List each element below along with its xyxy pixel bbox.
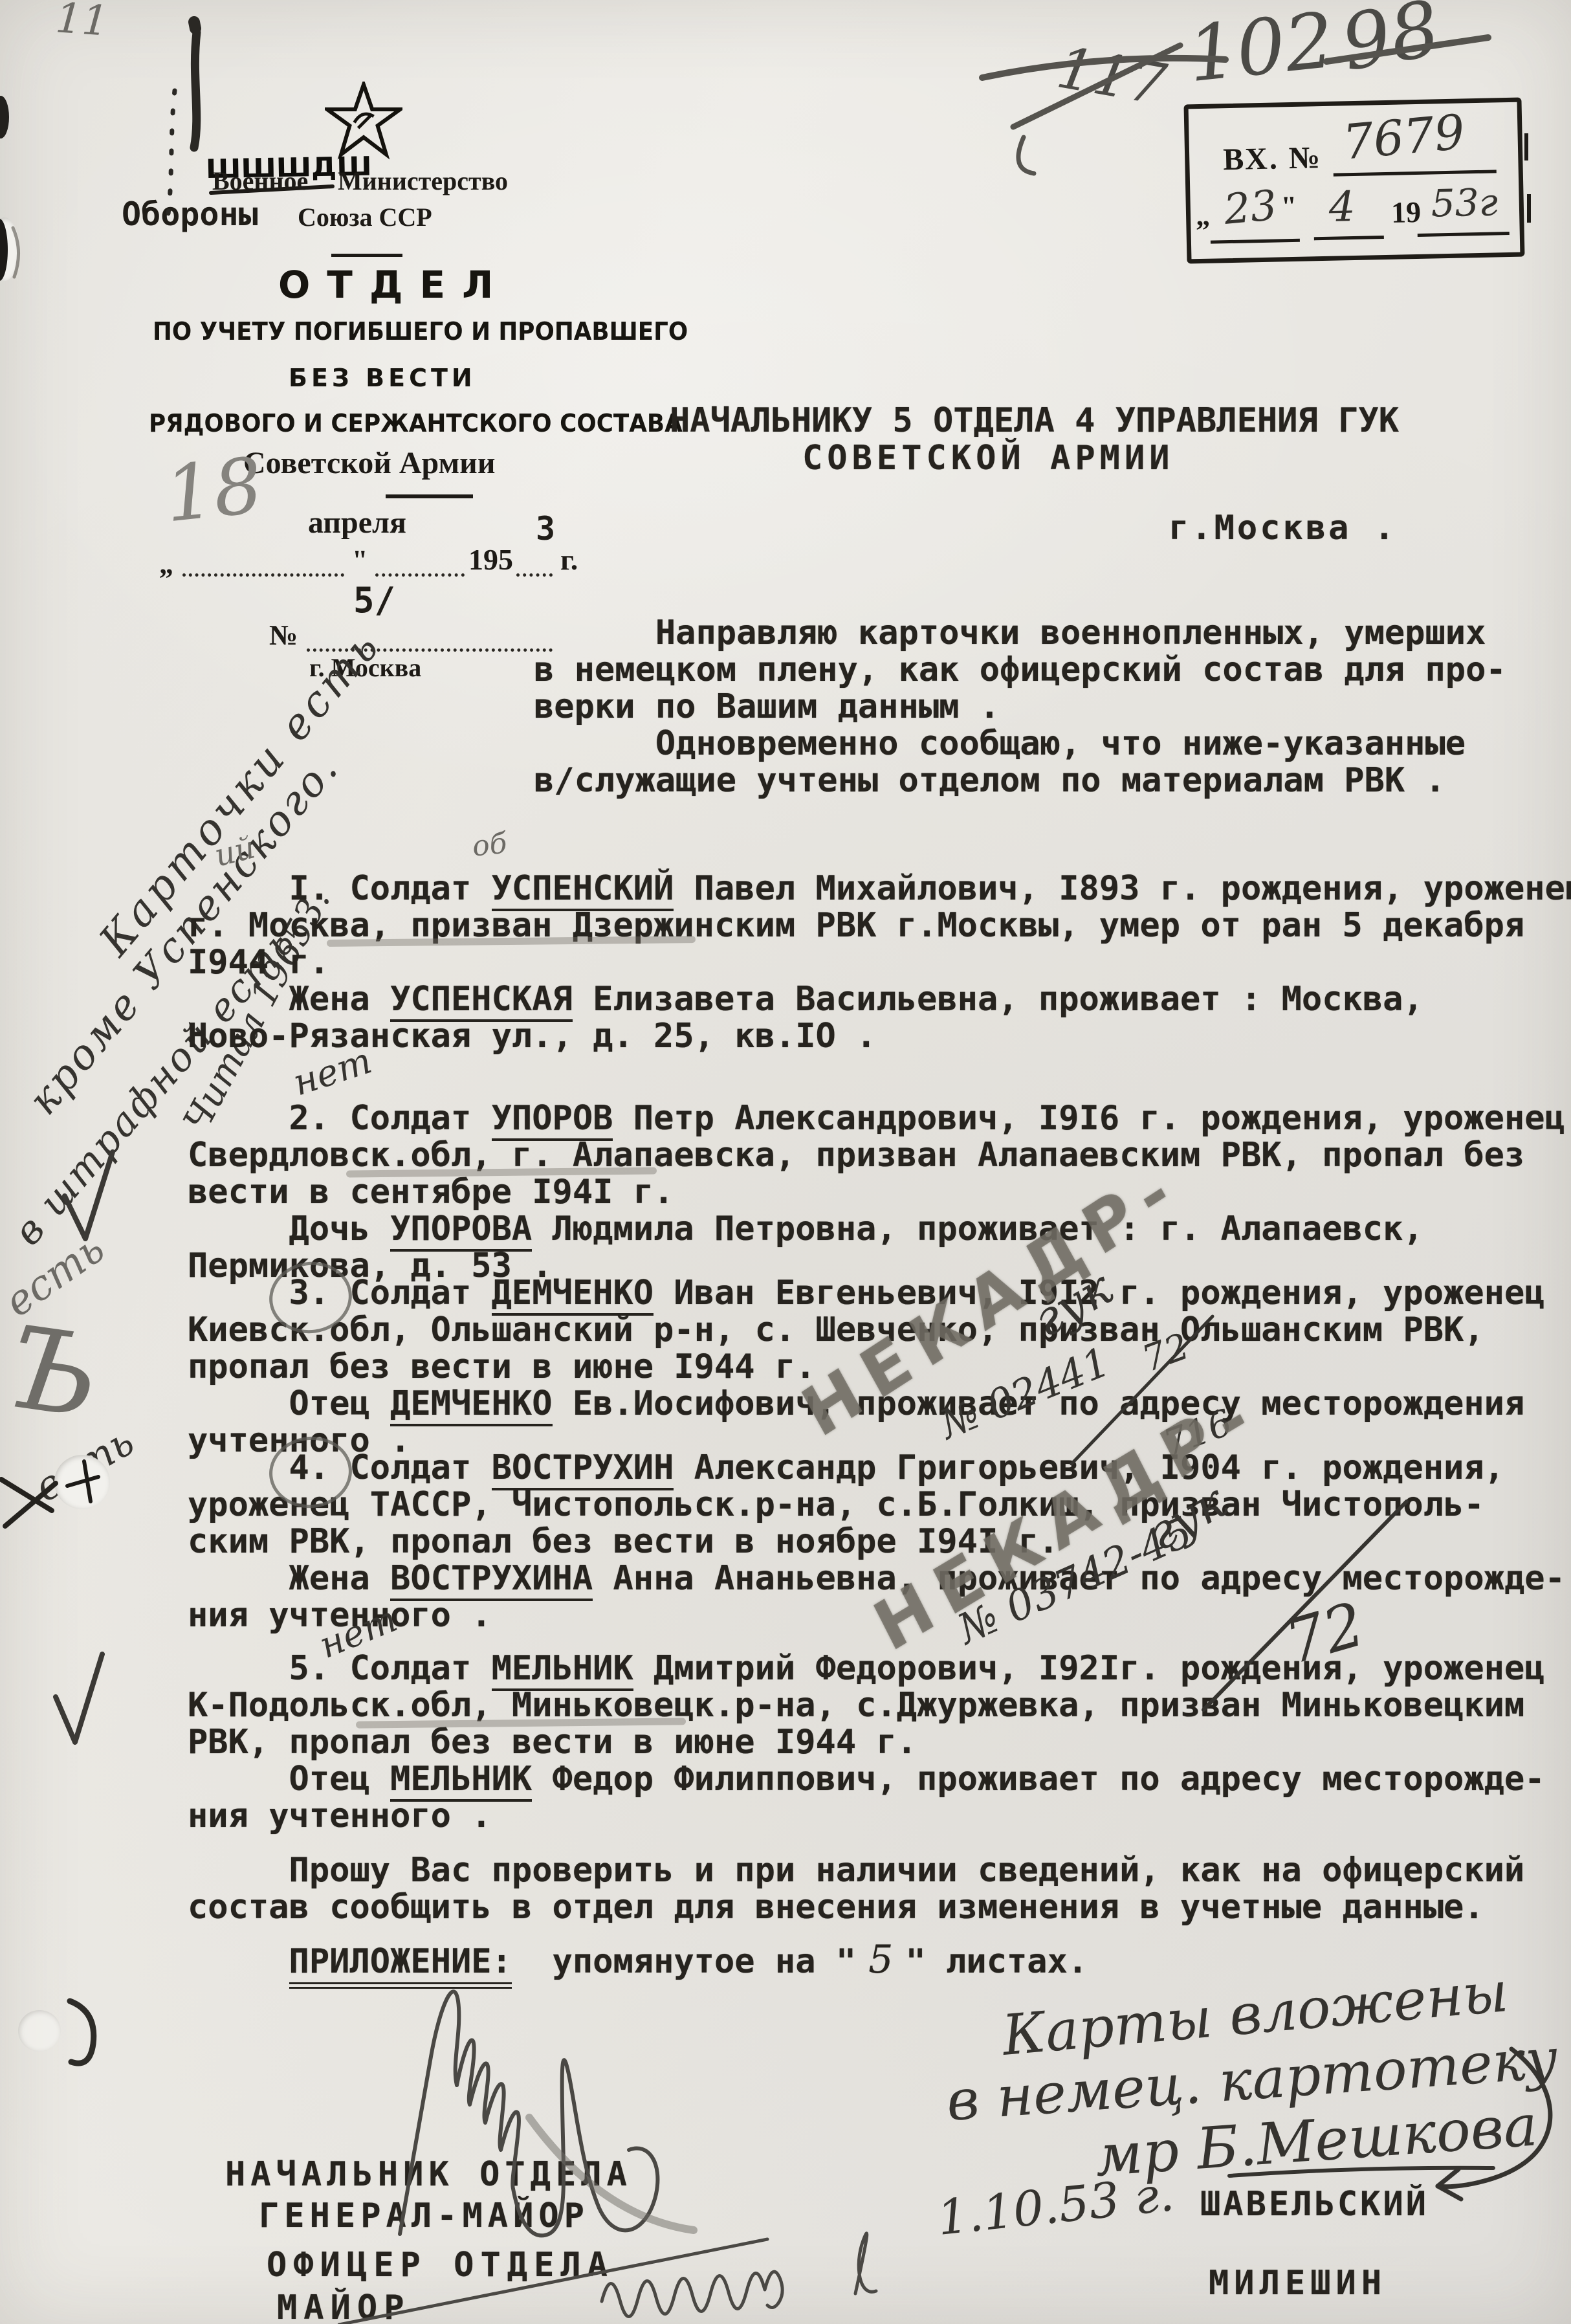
item-5: 5. Солдат МЕЛЬНИК Дмитрий Федорович, I92… [188, 1650, 1545, 1835]
intake-day-handwritten: 23 [1222, 182, 1279, 234]
recipient-city: г.Москва . [1169, 510, 1397, 547]
date-dotted-leader-1 [182, 573, 344, 577]
recipient-line-1: НАЧАЛЬНИКУ 5 ОТДЕЛА 4 УПРАВЛЕНИЯ ГУК [670, 403, 1399, 439]
intake-year-printed: 19 [1390, 195, 1421, 230]
signer-1-title-line-2: ГЕНЕРАЛ-МАЙОР [259, 2198, 589, 2235]
date-dotted-leader-3 [516, 573, 553, 577]
date-open-quote: „ [159, 548, 173, 581]
ministry-word-struck: Военное [212, 166, 308, 196]
ministry-overtyped-oborony: Обороны [122, 195, 258, 233]
signature-2-loops [602, 2272, 782, 2316]
letterhead-divider-1 [331, 254, 402, 257]
intake-number-handwritten: 7679 [1341, 104, 1467, 171]
top-left-ink-dot [194, 22, 195, 28]
handwritten-number-102: 102 [1183, 0, 1337, 99]
date-dotted-leader-2 [375, 573, 465, 577]
item-2: 2. Солдат УПОРОВ Петр Александрович, I9I… [188, 1100, 1565, 1285]
punch-hole-2 [18, 2010, 61, 2052]
edge-ink-blob-1 [0, 96, 9, 138]
intake-date-underline-1 [1211, 239, 1300, 244]
intake-stamp-box: ВХ. № 7679 „ 23 " 4 19 53г [1183, 98, 1524, 264]
intake-year-handwritten: 53г [1431, 180, 1499, 225]
signer-2-title-line-2: МАЙОР [277, 2290, 411, 2324]
intake-close-quote: " [1280, 190, 1297, 223]
closing-paragraph: Прошу Вас проверить и при наличии сведен… [188, 1852, 1524, 1926]
outgoing-number-label: № [269, 619, 298, 652]
hand-note-right-date: 1.10.53 г. [935, 2166, 1177, 2246]
intake-open-quote: „ [1196, 199, 1211, 232]
ministry-word: Министерство [338, 166, 508, 196]
letterhead-divider-2 [386, 494, 473, 498]
attachment-line: ПРИЛОЖЕНИЕ: упомянутое на " 5 " листах. [188, 1942, 1088, 1978]
intake-date-underline-2 [1314, 236, 1384, 240]
handwritten-number-98-crossed: 98 [1335, 0, 1446, 88]
bottom-left-pen-mark [70, 2001, 94, 2063]
date-year-typed-digit: З [536, 510, 555, 548]
department-line-1: ПО УЧЕТУ ПОГИБШЕГО И ПРОПАВШЕГО [153, 317, 688, 346]
signer-1-title-line-1: НАЧАЛЬНИК ОТДЕЛА [225, 2156, 632, 2193]
intake-stamp-label: ВХ. № [1223, 140, 1323, 177]
margin-big-letter: Ъ [0, 1301, 106, 1444]
ministry-line2: Союза ССР [298, 202, 432, 232]
date-year-printed: 195 [468, 542, 513, 577]
date-close-quote: " [352, 544, 368, 577]
body-paragraph-1: Направляю карточки военнопленных, умерши… [534, 615, 1506, 725]
intake-number-underline [1334, 170, 1497, 176]
stamp-edge-dash-1 [1524, 133, 1528, 160]
date-day-handwritten: 18 [160, 441, 267, 540]
body-paragraph-2: Одновременно сообщаю, что ниже-указанные… [534, 725, 1466, 799]
signer-1-name: ШАВЕЛЬСКИЙ [1200, 2186, 1429, 2223]
department-line-4: Советской Армии [243, 445, 495, 481]
department-title: ОТДЕЛ [278, 263, 510, 307]
star-emblem-icon [325, 82, 402, 160]
department-line-2: БЕЗ ВЕСТИ [289, 364, 476, 392]
item-1: I. Солдат УСПЕНСКИЙ Павел Михайлович, I8… [188, 870, 1571, 1055]
outgoing-number-typed: 5/ [353, 580, 395, 621]
scanned-military-letter: { "corner": { "pencil_tick": "11", "cros… [0, 0, 1571, 2324]
checkmark-item5 [56, 1654, 102, 1742]
top-left-ink-stroke [194, 32, 197, 148]
crossed-number-117: 117 [1052, 34, 1170, 118]
strike-117-tail [1018, 137, 1034, 173]
pencil-tick-top-left: 11 [54, 0, 110, 46]
note-right-bracket-arrow-a [1438, 2169, 1458, 2186]
signer-2-title-line-1: ОФИЦЕР ОТДЕЛА [267, 2247, 614, 2284]
recipient-line-2: СОВЕТСКОЙ АРМИИ [802, 440, 1174, 477]
intake-month-handwritten: 4 [1328, 183, 1356, 232]
punch-hole-1 [54, 1455, 110, 1509]
date-year-suffix: г. [560, 542, 578, 577]
pencil-scribble-2: об [470, 826, 508, 863]
department-line-3: РЯДОВОГО И СЕРЖАНТСКОГО СОСТАВА [149, 409, 683, 437]
intake-date-underline-3 [1418, 232, 1510, 237]
date-month-printed: апреля [308, 505, 406, 540]
note-right-bracket-arrow-b [1438, 2186, 1461, 2199]
signer-2-name: МИЛЕШИН [1209, 2265, 1387, 2302]
signature-2-flourish [855, 2233, 876, 2294]
stamp-edge-dash-2 [1527, 194, 1531, 223]
